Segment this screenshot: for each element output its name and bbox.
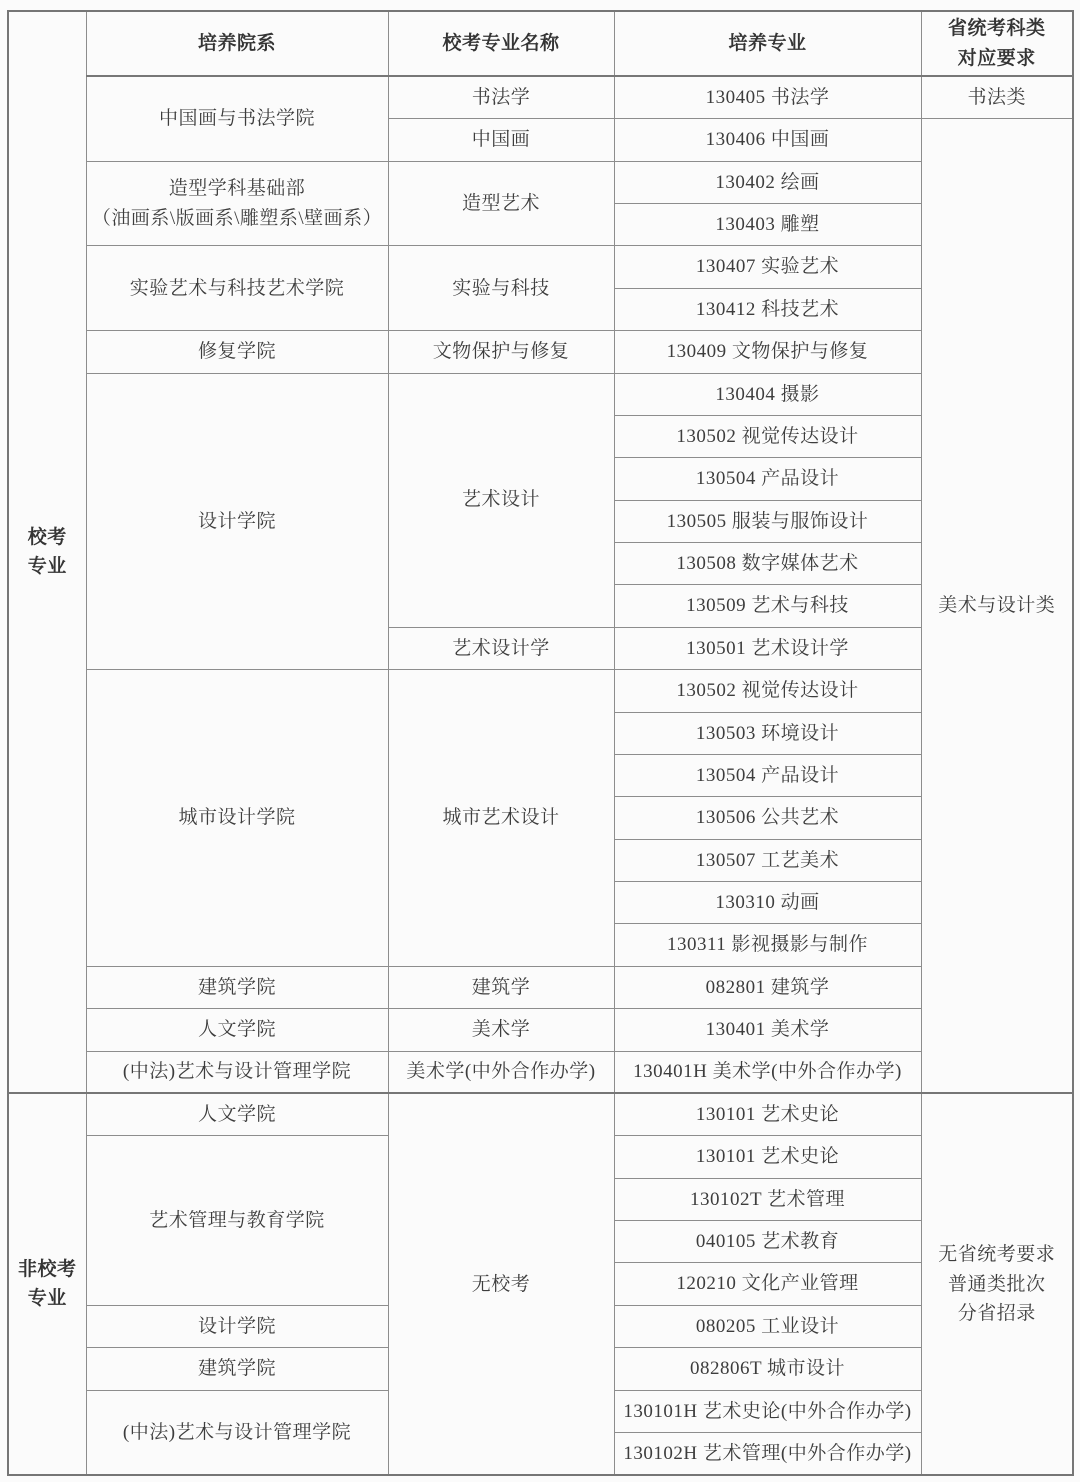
major-cell: 130508 数字媒体艺术 [614, 543, 921, 585]
major-cell: 130412 科技艺术 [614, 288, 921, 330]
exam-name-cell: 美术学(中外合作办学) [388, 1051, 614, 1093]
dept-cell: 人文学院 [86, 1093, 388, 1135]
major-cell: 130505 服装与服饰设计 [614, 500, 921, 542]
category-cell-non-exam-majors: 非校考专业 [8, 1093, 86, 1475]
header-major: 培养专业 [614, 11, 921, 76]
major-cell: 130406 中国画 [614, 119, 921, 161]
dept-cell: 设计学院 [86, 373, 388, 670]
exam-name-cell: 艺术设计学 [388, 627, 614, 669]
table-row: 中国画与书法学院书法学130405 书法学书法类 [8, 76, 1073, 118]
dept-cell: 中国画与书法学院 [86, 76, 388, 161]
table-row: 实验艺术与科技艺术学院实验与科技130407 实验艺术 [8, 246, 1073, 288]
major-cell: 130101 艺术史论 [614, 1136, 921, 1178]
exam-name-cell: 书法学 [388, 76, 614, 118]
major-cell: 130101 艺术史论 [614, 1093, 921, 1135]
dept-cell: (中法)艺术与设计管理学院 [86, 1051, 388, 1093]
category-cell-exam-majors: 校考专业 [8, 11, 86, 1093]
major-cell: 082806T 城市设计 [614, 1348, 921, 1390]
table-row: 造型学科基础部（油画系\版画系\雕塑系\壁画系）造型艺术130402 绘画 [8, 161, 1073, 203]
exam-name-cell: 建筑学 [388, 966, 614, 1008]
exam-name-cell: 文物保护与修复 [388, 331, 614, 373]
exam-name-cell: 无校考 [388, 1093, 614, 1475]
major-cell: 082801 建筑学 [614, 966, 921, 1008]
dept-cell: 造型学科基础部（油画系\版画系\雕塑系\壁画系） [86, 161, 388, 246]
table-row: 非校考专业人文学院无校考130101 艺术史论无省统考要求普通类批次分省招录 [8, 1093, 1073, 1135]
page: 校考专业培养院系校考专业名称培养专业省统考科类对应要求中国画与书法学院书法学13… [0, 0, 1080, 1482]
dept-cell: 建筑学院 [86, 1348, 388, 1390]
table-row: 设计学院艺术设计130404 摄影 [8, 373, 1073, 415]
major-cell: 130407 实验艺术 [614, 246, 921, 288]
major-cell: 130401 美术学 [614, 1009, 921, 1051]
major-cell: 130504 产品设计 [614, 458, 921, 500]
major-cell: 130409 文物保护与修复 [614, 331, 921, 373]
major-cell: 130507 工艺美术 [614, 839, 921, 881]
exam-name-cell: 实验与科技 [388, 246, 614, 331]
major-cell: 130102H 艺术管理(中外合作办学) [614, 1432, 921, 1475]
exam-name-cell: 美术学 [388, 1009, 614, 1051]
dept-cell: 人文学院 [86, 1009, 388, 1051]
table-row: 修复学院文物保护与修复130409 文物保护与修复 [8, 331, 1073, 373]
table-row: 城市设计学院城市艺术设计130502 视觉传达设计 [8, 670, 1073, 712]
requirement-cell: 美术与设计类 [921, 119, 1073, 1094]
admissions-table-body: 校考专业培养院系校考专业名称培养专业省统考科类对应要求中国画与书法学院书法学13… [8, 11, 1073, 1475]
major-cell: 130509 艺术与科技 [614, 585, 921, 627]
major-cell: 130102T 艺术管理 [614, 1178, 921, 1220]
major-cell: 130311 影视摄影与制作 [614, 924, 921, 966]
major-cell: 120210 文化产业管理 [614, 1263, 921, 1305]
major-cell: 040105 艺术教育 [614, 1221, 921, 1263]
header-dept: 培养院系 [86, 11, 388, 76]
major-cell: 080205 工业设计 [614, 1305, 921, 1347]
major-cell: 130402 绘画 [614, 161, 921, 203]
table-row: 人文学院美术学130401 美术学 [8, 1009, 1073, 1051]
major-cell: 130502 视觉传达设计 [614, 670, 921, 712]
major-cell: 130503 环境设计 [614, 712, 921, 754]
major-cell: 130405 书法学 [614, 76, 921, 118]
major-cell: 130506 公共艺术 [614, 797, 921, 839]
requirement-cell: 无省统考要求普通类批次分省招录 [921, 1093, 1073, 1475]
dept-cell: 修复学院 [86, 331, 388, 373]
major-cell: 130101H 艺术史论(中外合作办学) [614, 1390, 921, 1432]
exam-name-cell: 造型艺术 [388, 161, 614, 246]
header-row: 校考专业培养院系校考专业名称培养专业省统考科类对应要求 [8, 11, 1073, 76]
major-cell: 130404 摄影 [614, 373, 921, 415]
major-cell: 130501 艺术设计学 [614, 627, 921, 669]
major-cell: 130502 视觉传达设计 [614, 415, 921, 457]
dept-cell: (中法)艺术与设计管理学院 [86, 1390, 388, 1475]
major-cell: 130504 产品设计 [614, 754, 921, 796]
exam-name-cell: 艺术设计 [388, 373, 614, 627]
table-row: 建筑学院建筑学082801 建筑学 [8, 966, 1073, 1008]
admissions-table: 校考专业培养院系校考专业名称培养专业省统考科类对应要求中国画与书法学院书法学13… [7, 10, 1074, 1476]
header-exam-name: 校考专业名称 [388, 11, 614, 76]
major-cell: 130403 雕塑 [614, 204, 921, 246]
dept-cell: 设计学院 [86, 1305, 388, 1347]
dept-cell: 建筑学院 [86, 966, 388, 1008]
major-cell: 130401H 美术学(中外合作办学) [614, 1051, 921, 1093]
header-requirement: 省统考科类对应要求 [921, 11, 1073, 76]
dept-cell: 城市设计学院 [86, 670, 388, 967]
dept-cell: 实验艺术与科技艺术学院 [86, 246, 388, 331]
exam-name-cell: 中国画 [388, 119, 614, 161]
exam-name-cell: 城市艺术设计 [388, 670, 614, 967]
dept-cell: 艺术管理与教育学院 [86, 1136, 388, 1306]
requirement-cell: 书法类 [921, 76, 1073, 118]
major-cell: 130310 动画 [614, 882, 921, 924]
table-row: (中法)艺术与设计管理学院美术学(中外合作办学)130401H 美术学(中外合作… [8, 1051, 1073, 1093]
